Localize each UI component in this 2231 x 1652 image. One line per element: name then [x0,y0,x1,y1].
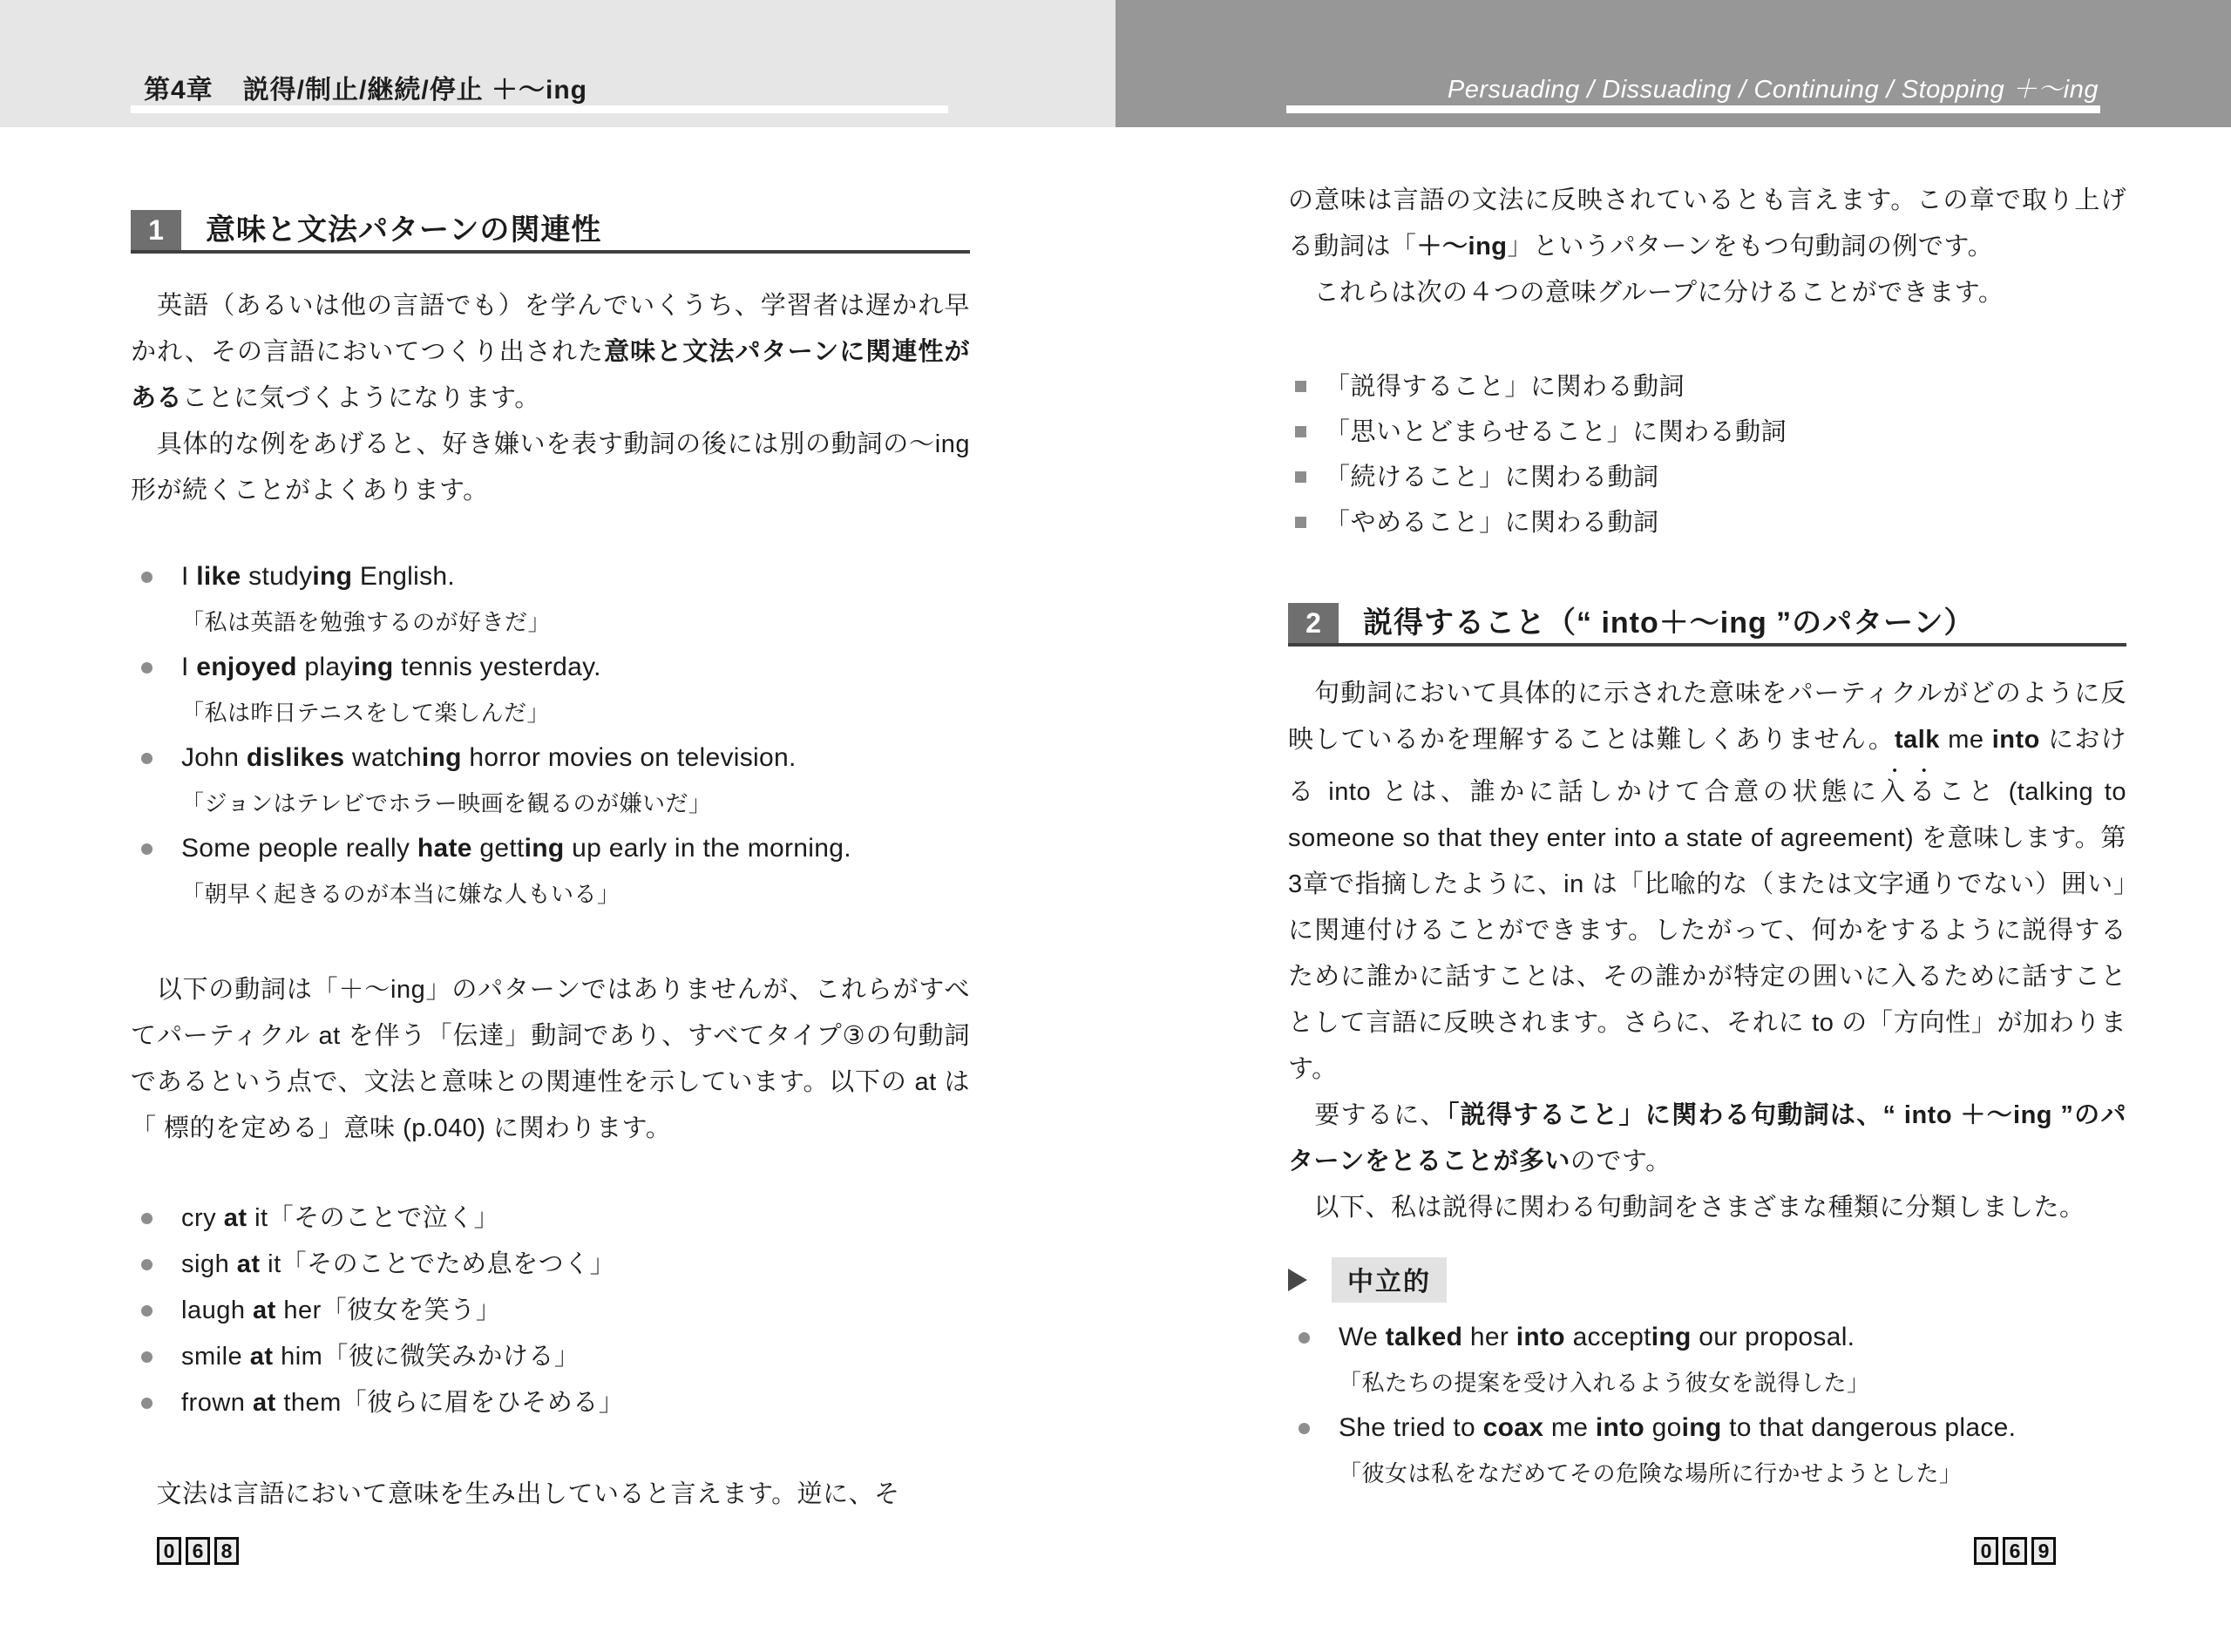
chapter-title: 説得/制止/継続/停止 ＋〜ing [243,76,587,105]
example-item: She tried to coax me into going to that … [1288,1405,2126,1496]
example-list-at-verbs: cry at it「そのことで泣く」 sigh at it「そのことでため息をつ… [131,1195,970,1426]
meaning-group-item: 「説得すること」に関わる動詞 [1288,364,2126,410]
example-english: John dislikes watching horror movies on … [181,735,970,781]
bullet-icon [141,753,153,764]
bullet-icon [141,1213,153,1224]
neutral-category-label: 中立的 [1332,1257,1447,1303]
example-translation: 「ジョンはテレビでホラー映画を観るのが嫌いだ」 [181,781,970,826]
paragraph: 以下、私は説得に関わる句動詞をさまざまな種類に分類しました。 [1288,1185,2126,1231]
example-inline: cry at it「そのことで泣く」 [181,1195,970,1242]
left-page-header-band: 第4章説得/制止/継続/停止 ＋〜ing [0,0,1115,127]
paragraph: これらは次の４つの意味グループに分けることができます。 [1288,270,2126,316]
neutral-category-row: 中立的 [1288,1257,2126,1303]
section-number-box: 1 [131,210,181,250]
left-page-column: 1 意味と文法パターンの関連性 英語（あるいは他の言語でも）を学んでいくうち、学… [131,127,970,1518]
square-bullet-icon [1295,426,1306,437]
right-page-header-band: Persuading / Dissuading / Continuing / S… [1115,0,2231,127]
bullet-icon [141,843,153,855]
paragraph: 以下の動詞は「＋〜ing」のパターンではありませんが、これらがすべてパーティクル… [131,967,970,1152]
meaning-group-item: 「やめること」に関わる動詞 [1288,500,2126,545]
example-english: She tried to coax me into going to that … [1339,1405,2126,1451]
bullet-icon [1299,1423,1310,1434]
section-2-heading: 2 説得すること（“ into＋〜ing ”のパターン） [1288,603,2126,647]
example-item: cry at it「そのことで泣く」 [131,1195,970,1242]
page-digit: 0 [1974,1537,1998,1565]
bullet-icon [141,572,153,583]
example-translation: 「私は英語を勉強するのが好きだ」 [181,599,970,645]
page-digit: 0 [157,1537,181,1565]
bullet-icon [141,1305,153,1317]
meaning-group-label: 「説得すること」に関わる動詞 [1325,373,1685,401]
paragraph: 具体的な例をあげると、好き嫌いを表す動詞の後には別の動詞の〜ing 形が続くこと… [131,422,970,514]
meaning-group-label: 「やめること」に関わる動詞 [1325,509,1659,537]
example-inline: laugh at her「彼女を笑う」 [181,1288,970,1334]
paragraph: 文法は言語において意味を生み出していると言えます。逆に、そ [131,1472,970,1518]
section-title: 意味と文法パターンの関連性 [206,210,601,250]
meaning-group-label: 「思いとどまらせること」に関わる動詞 [1325,418,1787,446]
paragraph: 要するに、「説得すること」に関わる句動詞は、“ into ＋〜ing ”のパター… [1288,1093,2126,1185]
example-inline: frown at them「彼らに眉をひそめる」 [181,1380,970,1426]
example-translation: 「私は昨日テニスをして楽しんだ」 [181,690,970,735]
bullet-icon [141,1398,153,1409]
example-inline: smile at him「彼に微笑みかける」 [181,1334,970,1380]
example-english: Some people really hate getting up early… [181,826,970,871]
meaning-group-label: 「続けること」に関わる動詞 [1325,464,1659,491]
section-title: 説得すること（“ into＋〜ing ”のパターン） [1363,603,1975,643]
example-item: We talked her into accepting our proposa… [1288,1315,2126,1405]
meaning-group-list: 「説得すること」に関わる動詞 「思いとどまらせること」に関わる動詞 「続けること… [1288,364,2126,545]
example-item: frown at them「彼らに眉をひそめる」 [131,1380,970,1426]
book-spread: 第4章説得/制止/継続/停止 ＋〜ing Persuading / Dissua… [0,0,2231,1652]
example-item: Some people really hate getting up early… [131,826,970,917]
paragraph: の意味は言語の文法に反映されているとも言えます。この章で取り上げる動詞は「＋〜i… [1288,178,2126,270]
triangle-right-icon [1288,1269,1307,1291]
example-inline: sigh at it「そのことでため息をつく」 [181,1242,970,1288]
example-translation: 「私たちの提案を受け入れるよう彼女を説得した」 [1339,1360,2126,1405]
bullet-icon [141,1259,153,1270]
page-digit: 6 [186,1537,210,1565]
square-bullet-icon [1295,381,1306,392]
right-page-column: の意味は言語の文法に反映されているとも言えます。この章で取り上げる動詞は「＋〜i… [1288,127,2126,1496]
page-number-right: 0 6 9 [1974,1537,2056,1565]
chapter-label: 第4章 [144,76,214,105]
square-bullet-icon [1295,517,1306,528]
left-header-text: 第4章説得/制止/継続/停止 ＋〜ing [144,68,587,106]
page-number-left: 0 6 8 [157,1537,239,1565]
example-english: I like studying English. [181,554,970,599]
example-english: We talked her into accepting our proposa… [1339,1315,2126,1360]
meaning-group-item: 「続けること」に関わる動詞 [1288,455,2126,500]
example-item: smile at him「彼に微笑みかける」 [131,1334,970,1380]
bullet-icon [141,1351,153,1363]
example-english: I enjoyed playing tennis yesterday. [181,645,970,690]
page-digit: 6 [2003,1537,2027,1565]
paragraph: 英語（あるいは他の言語でも）を学んでいくうち、学習者は遅かれ早かれ、その言語にお… [131,283,970,422]
page-digit: 8 [214,1537,239,1565]
example-item: I like studying English. 「私は英語を勉強するのが好きだ… [131,554,970,645]
paragraph: 句動詞において具体的に示された意味をパーティクルがどのように反映しているかを理解… [1288,671,2126,1093]
page-digit: 9 [2031,1537,2056,1565]
example-translation: 「朝早く起きるのが本当に嫌な人もいる」 [181,871,970,917]
example-list-persuading: We talked her into accepting our proposa… [1288,1315,2126,1496]
example-item: sigh at it「そのことでため息をつく」 [131,1242,970,1288]
example-list-liking-verbs: I like studying English. 「私は英語を勉強するのが好きだ… [131,554,970,917]
bullet-icon [1299,1332,1310,1344]
bullet-icon [141,662,153,674]
square-bullet-icon [1295,471,1306,483]
example-item: laugh at her「彼女を笑う」 [131,1288,970,1334]
example-item: John dislikes watching horror movies on … [131,735,970,826]
example-item: I enjoyed playing tennis yesterday. 「私は昨… [131,645,970,735]
left-header-rule [131,105,948,113]
example-translation: 「彼女は私をなだめてその危険な場所に行かせようとした」 [1339,1451,2126,1496]
section-1-heading: 1 意味と文法パターンの関連性 [131,210,970,254]
meaning-group-item: 「思いとどまらせること」に関わる動詞 [1288,410,2126,455]
section-number-box: 2 [1288,603,1339,643]
right-header-rule [1286,105,2100,113]
right-header-text: Persuading / Dissuading / Continuing / S… [1448,70,2099,105]
